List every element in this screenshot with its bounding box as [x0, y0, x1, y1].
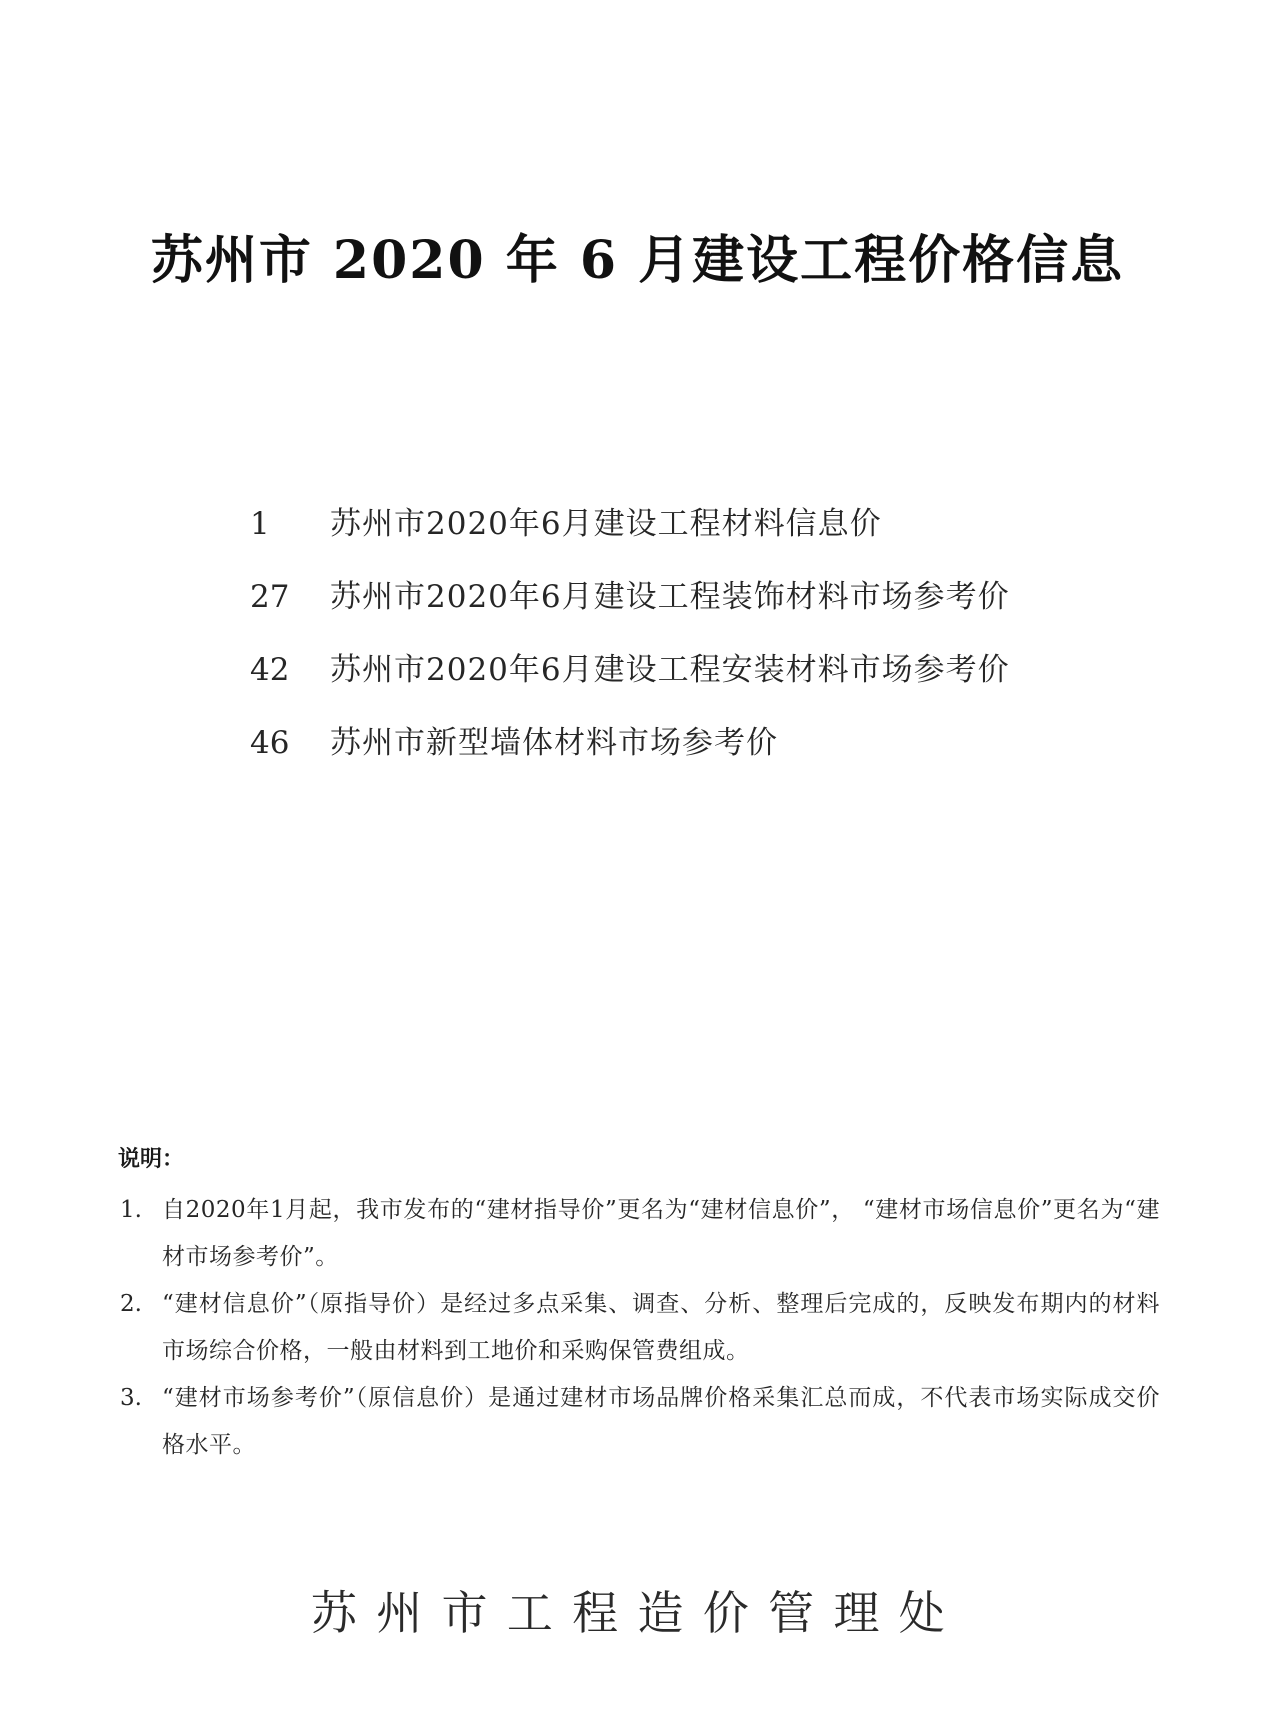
note-number: 3.: [118, 1375, 162, 1422]
note-text: 自2020年1月起，我市发布的“建材指导价”更名为“建材信息价”， “建材市场信…: [162, 1187, 1160, 1281]
toc-entry-label: 苏州市2020年6月建设工程安装材料市场参考价: [330, 644, 1195, 689]
note-item: 3. “建材市场参考价”（原信息价）是通过建材市场品牌价格采集汇总而成，不代表市…: [118, 1375, 1160, 1469]
toc-page-number: 1: [250, 506, 330, 542]
note-item: 1. 自2020年1月起，我市发布的“建材指导价”更名为“建材信息价”， “建材…: [118, 1187, 1160, 1281]
toc-entry: 46 苏州市新型墙体材料市场参考价: [250, 717, 1195, 790]
toc-entry-label: 苏州市2020年6月建设工程材料信息价: [330, 498, 1195, 543]
document-page: 苏州市 2020 年 6 月建设工程价格信息 1 苏州市2020年6月建设工程材…: [0, 0, 1275, 1718]
table-of-contents: 1 苏州市2020年6月建设工程材料信息价 27 苏州市2020年6月建设工程装…: [0, 498, 1275, 790]
note-text: “建材信息价”（原指导价）是经过多点采集、调查、分析、整理后完成的，反映发布期内…: [162, 1281, 1160, 1375]
notes-heading: 说明：: [118, 1142, 1160, 1173]
toc-entry-label: 苏州市2020年6月建设工程装饰材料市场参考价: [330, 571, 1195, 616]
toc-entry: 42 苏州市2020年6月建设工程安装材料市场参考价: [250, 644, 1195, 717]
note-number: 2.: [118, 1281, 162, 1328]
toc-entry: 1 苏州市2020年6月建设工程材料信息价: [250, 498, 1195, 571]
toc-entry: 27 苏州市2020年6月建设工程装饰材料市场参考价: [250, 571, 1195, 644]
note-text: “建材市场参考价”（原信息价）是通过建材市场品牌价格采集汇总而成，不代表市场实际…: [162, 1375, 1160, 1469]
toc-page-number: 27: [250, 579, 330, 615]
issuing-organization: 苏州市工程造价管理处: [0, 1577, 1275, 1643]
notes-section: 说明： 1. 自2020年1月起，我市发布的“建材指导价”更名为“建材信息价”，…: [0, 1142, 1275, 1469]
note-item: 2. “建材信息价”（原指导价）是经过多点采集、调查、分析、整理后完成的，反映发…: [118, 1281, 1160, 1375]
note-number: 1.: [118, 1187, 162, 1234]
toc-entry-label: 苏州市新型墙体材料市场参考价: [330, 717, 1195, 762]
toc-page-number: 42: [250, 652, 330, 688]
page-title: 苏州市 2020 年 6 月建设工程价格信息: [0, 218, 1275, 293]
toc-page-number: 46: [250, 725, 330, 761]
